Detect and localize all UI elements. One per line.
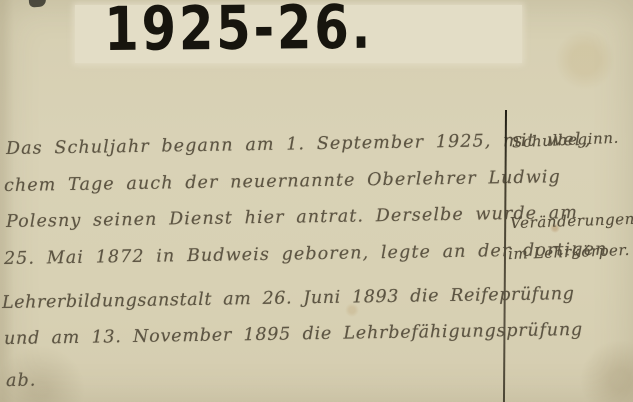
margin-note-schulbeginn: Schulbeginn. <box>512 129 620 152</box>
ink-smudge <box>29 0 47 8</box>
year-heading: 1925-26. <box>104 0 373 65</box>
handwritten-line: chem Tage auch der neuernannte Oberlehre… <box>4 168 504 196</box>
handwritten-line: und am 13. November 1895 die Lehrbefähig… <box>4 321 504 349</box>
margin-note-veraenderungen: Veränderungen <box>510 210 633 232</box>
handwritten-line: Polesny seinen Dienst hier antrat. Derse… <box>6 204 506 232</box>
handwritten-line: Lehrerbildungsanstalt am 26. Juni 1893 d… <box>2 285 502 313</box>
chronicle-page: 1925-26. Das Schuljahr begann am 1. Sept… <box>0 0 633 402</box>
margin-note-lehrkoerper: im Lehrkörper. <box>508 241 630 263</box>
handwritten-line: 25. Mai 1872 in Budweis geboren, legte a… <box>4 241 504 269</box>
handwritten-line: ab. <box>6 363 506 391</box>
handwritten-line: Das Schuljahr begann am 1. September 192… <box>6 131 506 159</box>
